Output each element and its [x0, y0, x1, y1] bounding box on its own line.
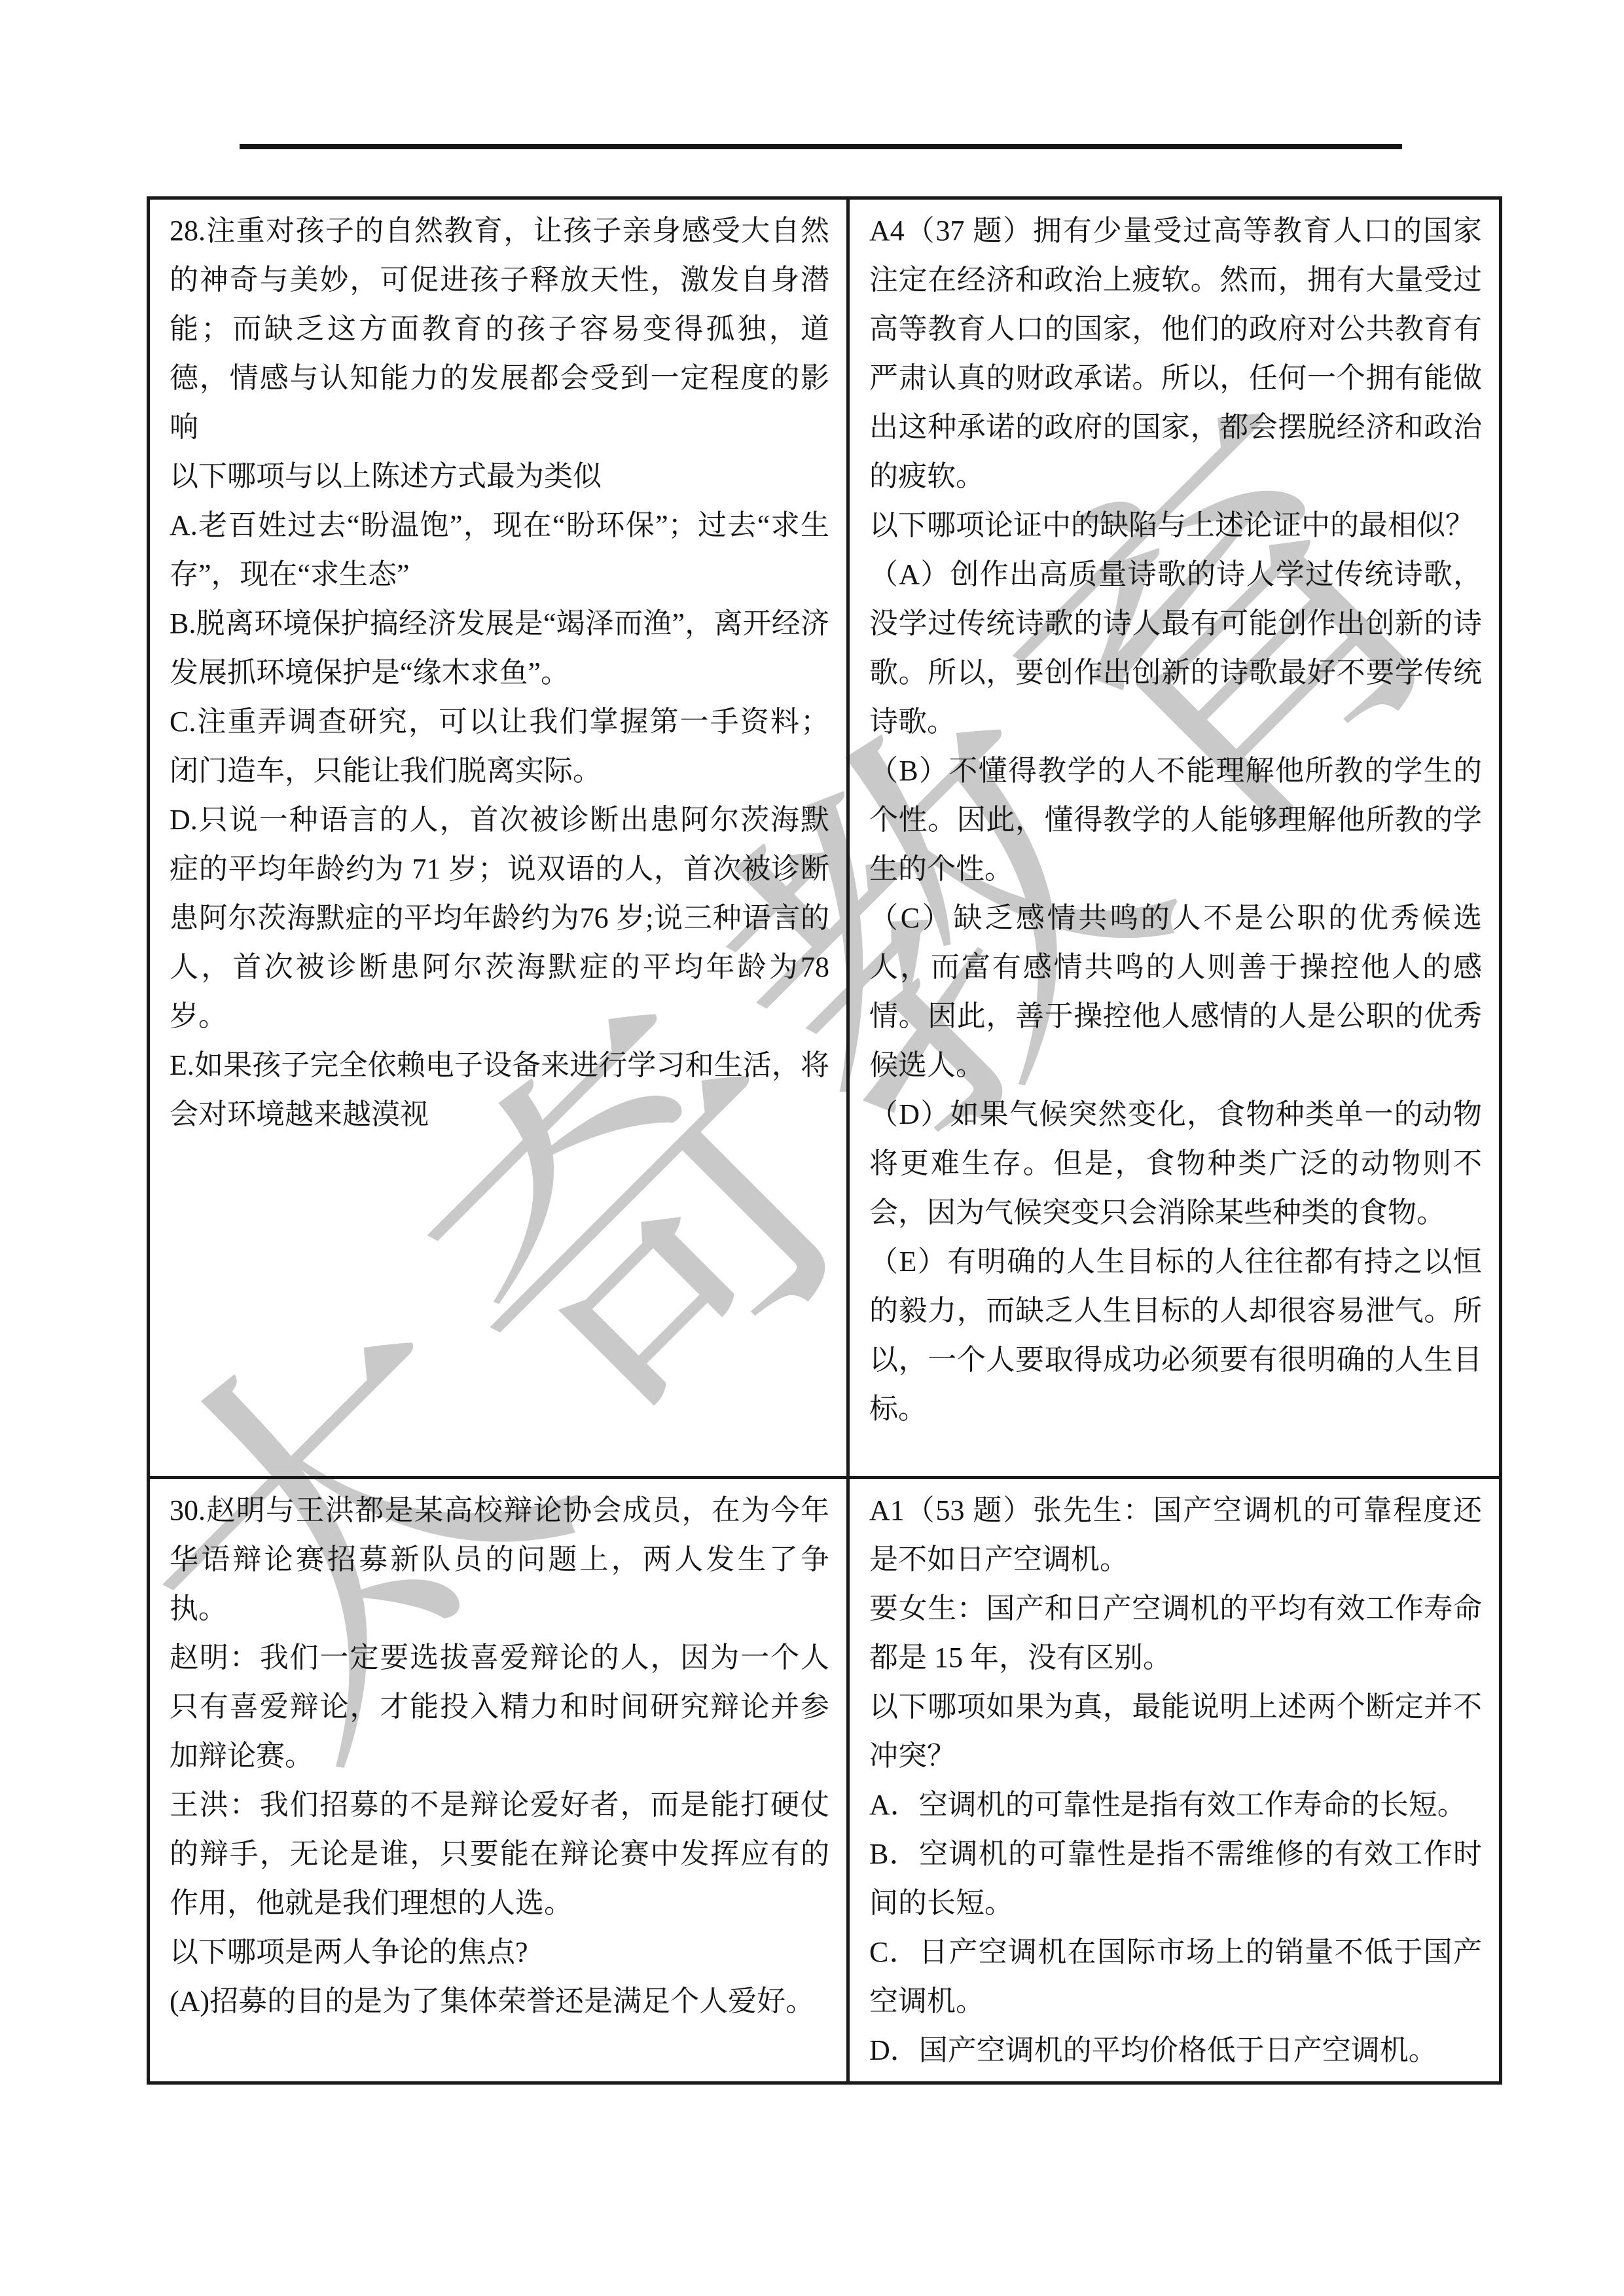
question-30-cell: 30.赵明与王洪都是某高校辩论协会成员，在为今年华语辩论赛招募新队员的问题上，两…: [149, 1478, 848, 2083]
paragraph: B.脱离环境保护搞经济发展是“竭泽而渔”，离开经济发展抓环境保护是“缘木求鱼”。: [170, 599, 829, 697]
paragraph: 赵明：我们一定要选拔喜爱辩论的人，因为一个人只有喜爱辩论，才能投入精力和时间研究…: [170, 1633, 829, 1780]
paragraph: E.如果孩子完全依赖电子设备来进行学习和生活，将会对环境越来越漠视: [170, 1041, 829, 1139]
table-row: 28.注重对孩子的自然教育，让孩子亲身感受大自然的神奇与美妙，可促进孩子释放天性…: [149, 198, 1501, 1478]
paragraph: 以下哪项如果为真，最能说明上述两个断定并不冲突？: [869, 1682, 1482, 1780]
questions-table: 28.注重对孩子的自然教育，让孩子亲身感受大自然的神奇与美妙，可促进孩子释放天性…: [147, 196, 1502, 2085]
paragraph: 以下哪项与以上陈述方式最为类似: [170, 452, 829, 501]
question-28-text: 28.注重对孩子的自然教育，让孩子亲身感受大自然的神奇与美妙，可促进孩子释放天性…: [170, 206, 829, 1139]
question-a1-53-text: A1（53 题）张先生：国产空调机的可靠程度还是不如日产空调机。要女生：国产和日…: [869, 1486, 1482, 2075]
paragraph: A．空调机的可靠性是指有效工作寿命的长短。: [869, 1780, 1482, 1829]
paragraph: 以下哪项论证中的缺陷与上述论证中的最相似？: [869, 501, 1482, 550]
paragraph: A.老百姓过去“盼温饱”，现在“盼环保”；过去“求生存”，现在“求生态”: [170, 501, 829, 599]
paragraph: （D）如果气候突然变化，食物种类单一的动物将更难生存。但是，食物种类广泛的动物则…: [869, 1090, 1482, 1237]
paragraph: 30.赵明与王洪都是某高校辩论协会成员，在为今年华语辩论赛招募新队员的问题上，两…: [170, 1486, 829, 1633]
question-a4-37-text: A4（37 题）拥有少量受过高等教育人口的国家注定在经济和政治上疲软。然而，拥有…: [869, 206, 1482, 1433]
paragraph: 28.注重对孩子的自然教育，让孩子亲身感受大自然的神奇与美妙，可促进孩子释放天性…: [170, 206, 829, 452]
paragraph: （A）创作出高质量诗歌的诗人学过传统诗歌，没学过传统诗歌的诗人最有可能创作出创新…: [869, 550, 1482, 746]
paragraph: （C）缺乏感情共鸣的人不是公职的优秀候选人，而富有感情共鸣的人则善于操控他人的感…: [869, 893, 1482, 1090]
question-30-text: 30.赵明与王洪都是某高校辩论协会成员，在为今年华语辩论赛招募新队员的问题上，两…: [170, 1486, 829, 2026]
paragraph: （B）不懂得教学的人不能理解他所教的学生的个性。因此，懂得教学的人能够理解他所教…: [869, 746, 1482, 893]
paragraph: 以下哪项是两人争论的焦点?: [170, 1928, 829, 1977]
paragraph: B．空调机的可靠性是指不需维修的有效工作时间的长短。: [869, 1829, 1482, 1928]
paragraph: 王洪：我们招募的不是辩论爱好者，而是能打硬仗的辩手，无论是谁，只要能在辩论赛中发…: [170, 1780, 829, 1928]
table-row: 30.赵明与王洪都是某高校辩论协会成员，在为今年华语辩论赛招募新队员的问题上，两…: [149, 1478, 1501, 2083]
paragraph: （E）有明确的人生目标的人往往都有持之以恒的毅力，而缺乏人生目标的人却很容易泄气…: [869, 1237, 1482, 1433]
header-rule: [240, 144, 1402, 149]
paragraph: D．国产空调机的平均价格低于日产空调机。: [869, 2026, 1482, 2075]
paragraph: D.只说一种语言的人，首次被诊断出患阿尔茨海默症的平均年龄约为 71 岁；说双语…: [170, 795, 829, 1041]
paragraph: C.注重弄调查研究，可以让我们掌握第一手资料；闭门造车，只能让我们脱离实际。: [170, 697, 829, 795]
paragraph: A1（53 题）张先生：国产空调机的可靠程度还是不如日产空调机。: [869, 1486, 1482, 1584]
paragraph: A4（37 题）拥有少量受过高等教育人口的国家注定在经济和政治上疲软。然而，拥有…: [869, 206, 1482, 501]
question-28-cell: 28.注重对孩子的自然教育，让孩子亲身感受大自然的神奇与美妙，可促进孩子释放天性…: [149, 198, 848, 1478]
paragraph: 要女生：国产和日产空调机的平均有效工作寿命都是 15 年，没有区别。: [869, 1584, 1482, 1682]
paragraph: C．日产空调机在国际市场上的销量不低于国产空调机。: [869, 1928, 1482, 2026]
document-page: 太奇教育 28.注重对孩子的自然教育，让孩子亲身感受大自然的神奇与美妙，可促进孩…: [0, 0, 1624, 2296]
paragraph: (A)招募的目的是为了集体荣誉还是满足个人爱好。: [170, 1977, 829, 2026]
question-a4-37-cell: A4（37 题）拥有少量受过高等教育人口的国家注定在经济和政治上疲软。然而，拥有…: [848, 198, 1501, 1478]
question-a1-53-cell: A1（53 题）张先生：国产空调机的可靠程度还是不如日产空调机。要女生：国产和日…: [848, 1478, 1501, 2083]
